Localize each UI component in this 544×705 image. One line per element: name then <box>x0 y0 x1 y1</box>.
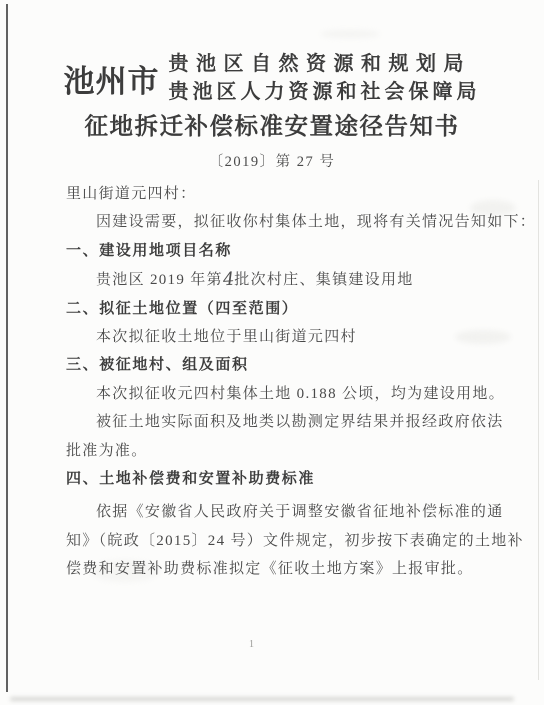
section3-paragraph2-line1: 被征土地实际面积及地类以勘测定界结果并报经政府依法 <box>66 408 488 436</box>
section4-paragraph-line3: 偿费和安置补助费标准拟定《征收土地方案》上报审批。 <box>66 555 488 583</box>
intro-paragraph: 因建设需要，拟征收你村集体土地，现将有关情况告知如下： <box>66 208 488 236</box>
salutation: 里山街道元四村： <box>66 180 488 208</box>
section3-heading: 三、被征地村、组及面积 <box>66 351 488 379</box>
scan-bottom-shadow <box>10 697 514 701</box>
section2-heading: 二、拟征土地位置（四至范围） <box>66 295 488 323</box>
document-number: 〔2019〕第 27 号 <box>0 150 544 171</box>
section4-heading: 四、土地补偿费和安置补助费标准 <box>66 465 488 493</box>
document-header: 池州市 贵池区自然资源和规划局 贵池区人力资源和社会保障局 征地拆迁补偿标准安置… <box>0 0 544 171</box>
document-body: 里山街道元四村： 因建设需要，拟征收你村集体土地，现将有关情况告知如下： 一、建… <box>66 180 488 584</box>
section4-paragraph-line2: 知》（皖政〔2015〕24 号）文件规定，初步按下表确定的土地补 <box>66 527 488 555</box>
page-number: 1 <box>249 639 254 650</box>
section2-paragraph: 本次拟征收土地位于里山街道元四村 <box>66 323 488 351</box>
handwritten-batch-number: 4 <box>222 266 235 295</box>
section1-paragraph: 贵池区 2019 年第4批次村庄、集镇建设用地 <box>66 265 488 294</box>
city-name: 池州市 <box>64 56 160 101</box>
org-name-line1: 贵池区自然资源和规划局 <box>169 50 481 78</box>
section1-text-suffix: 批次村庄、集镇建设用地 <box>234 272 413 288</box>
scan-edge-line-right <box>538 180 539 680</box>
org-name-line2: 贵池区人力资源和社会保障局 <box>169 78 481 106</box>
section4-paragraph-line1: 依据《安徽省人民政府关于调整安徽省征地补偿标准的通 <box>66 498 488 526</box>
issuing-authorities: 池州市 贵池区自然资源和规划局 贵池区人力资源和社会保障局 <box>0 50 544 106</box>
section1-heading: 一、建设用地项目名称 <box>66 237 488 265</box>
section3-paragraph2-line2: 批准为准。 <box>66 437 488 465</box>
scanned-document-page: 池州市 贵池区自然资源和规划局 贵池区人力资源和社会保障局 征地拆迁补偿标准安置… <box>0 0 544 705</box>
org-name-lines: 贵池区自然资源和规划局 贵池区人力资源和社会保障局 <box>169 50 481 106</box>
section1-text-prefix: 贵池区 2019 年第 <box>96 272 223 288</box>
document-title: 征地拆迁补偿标准安置途径告知书 <box>0 107 544 141</box>
section3-paragraph1: 本次拟征收元四村集体土地 0.188 公顷，均为建设用地。 <box>66 380 488 408</box>
